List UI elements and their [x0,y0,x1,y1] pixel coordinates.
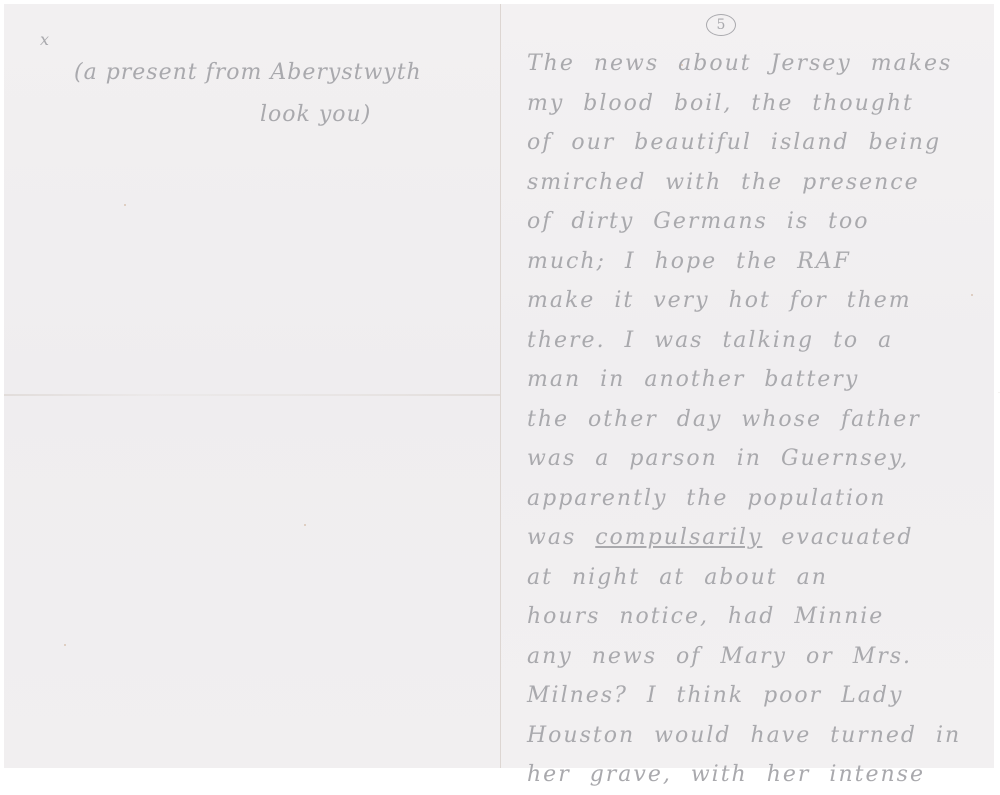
margin-note-line-1: (a present from Aberystwyth [74,60,422,85]
letter-line: Houston would have turned in [527,716,987,756]
right-page: 5 The news about Jersey makes my blood b… [501,4,994,768]
left-page: x (a present from Aberystwyth look you) [4,4,500,768]
letter-line: her grave, with her intense [527,755,987,776]
margin-mark: x [40,30,50,49]
letter-line: apparently the population [527,479,987,519]
paper-speck [681,64,683,66]
underlined-line-text: was compulsarily evacuated [527,525,913,550]
margin-note-line-2: look you) [260,102,371,127]
letter-line-underlined: was compulsarily evacuated [527,518,987,558]
letter-line: the other day whose father [527,400,987,440]
letter-line: Milnes? I think poor Lady [527,676,987,716]
letter-line: there. I was talking to a [527,321,987,361]
letter-line: make it very hot for them [527,281,987,321]
letter-line: any news of Mary or Mrs. [527,637,987,677]
paper-speck [304,524,306,526]
paper-fold-crease [4,394,500,396]
paper-speck [64,644,66,646]
letter-line: The news about Jersey makes [527,44,987,84]
letter-line: my blood boil, the thought [527,84,987,124]
paper-speck [124,204,126,206]
paper-speck [971,294,973,296]
letter-sheet: x (a present from Aberystwyth look you) … [4,4,994,768]
page-number-circled: 5 [706,14,736,36]
letter-line: smirched with the presence [527,163,987,203]
letter-line: man in another battery [527,360,987,400]
letter-line: much; I hope the RAF [527,242,987,282]
letter-body: The news about Jersey makes my blood boi… [527,44,987,776]
underlined-word: compulsarily [595,525,762,550]
letter-line: was a parson in Guernsey, [527,439,987,479]
letter-line: of dirty Germans is too [527,202,987,242]
letter-line: of our beautiful island being [527,123,987,163]
letter-line: hours notice, had Minnie [527,597,987,637]
letter-line: at night at about an [527,558,987,598]
